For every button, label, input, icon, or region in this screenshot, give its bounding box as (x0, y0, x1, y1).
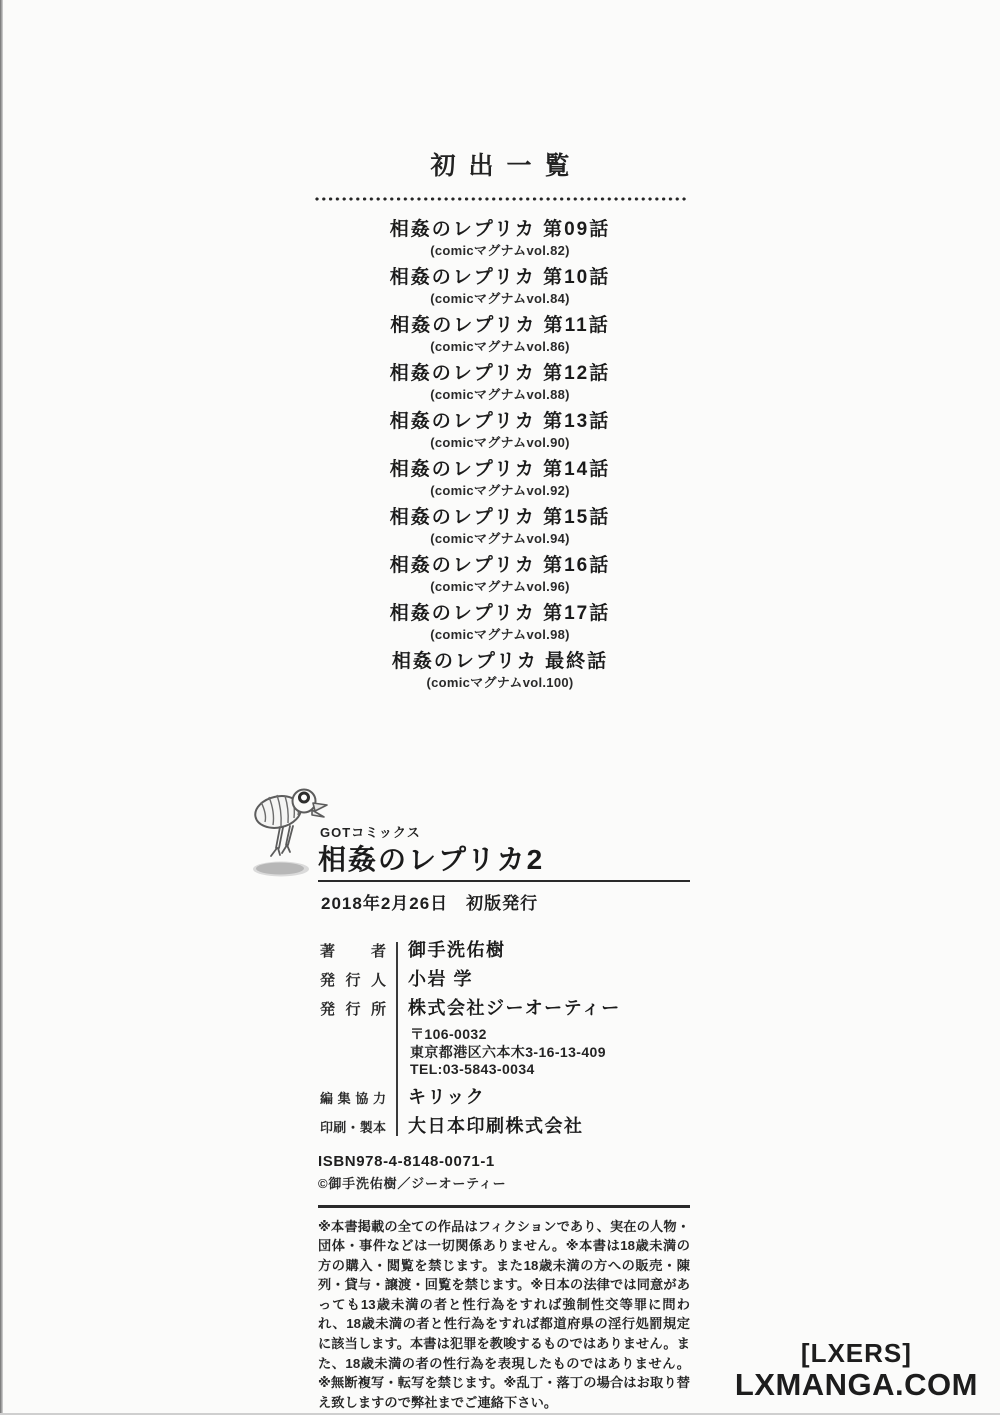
page-title: 初出一覧 (0, 146, 1000, 182)
list-item: 相姦のレプリカ 第09話 (comicマグナムvol.82) (0, 218, 1000, 261)
first-publication-list: 初出一覧 相姦のレプリカ 第09話 (comicマグナムvol.82) 相姦のレ… (0, 146, 1000, 698)
publisher-address: 〒106-0032 東京都港区六本木3-16-13-409 TEL:03-584… (410, 1026, 690, 1079)
postal-code: 〒106-0032 (410, 1026, 690, 1044)
chapter-source: (comicマグナムvol.92) (0, 482, 1000, 499)
credit-label: 著者 (320, 940, 386, 963)
chapter-list: 相姦のレプリカ 第09話 (comicマグナムvol.82) 相姦のレプリカ 第… (0, 218, 1000, 693)
dotted-divider (314, 197, 686, 201)
list-item: 相姦のレプリカ 第14話 (comicマグナムvol.92) (0, 458, 1000, 501)
edition-date: 2018年2月26日 初版発行 (321, 889, 690, 914)
chapter-title: 相姦のレプリカ 第15話 (0, 506, 1000, 529)
list-item: 相姦のレプリカ 第11話 (comicマグナムvol.86) (0, 314, 1000, 357)
chapter-title: 相姦のレプリカ 第14話 (0, 458, 1000, 481)
chapter-source: (comicマグナムvol.96) (0, 578, 1000, 595)
chapter-title: 相姦のレプリカ 第13話 (0, 410, 1000, 433)
scanned-colophon-page: 初出一覧 相姦のレプリカ 第09話 (comicマグナムvol.82) 相姦のレ… (0, 0, 1000, 1415)
credit-value: 大日本印刷株式会社 (408, 1115, 584, 1138)
credit-value: 御手洗佑樹 (408, 939, 506, 962)
book-title: 相姦のレプリカ2 (318, 843, 690, 876)
phone-number: TEL:03-5843-0034 (410, 1061, 690, 1079)
chapter-title: 相姦のレプリカ 第16話 (0, 554, 1000, 577)
credit-value: 小岩 学 (408, 968, 473, 991)
copyright: ©御手洗佑樹／ジーオーティー (318, 1173, 690, 1192)
chapter-source: (comicマグナムvol.88) (0, 386, 1000, 403)
disclaimer-divider (318, 1205, 690, 1208)
imprint-label: GOTコミックス (320, 782, 690, 841)
bird-doodle-icon (248, 784, 346, 880)
credit-value: キリック (408, 1086, 485, 1109)
credit-row-printing: 印刷・製本 大日本印刷株式会社 (320, 1115, 690, 1139)
list-item: 相姦のレプリカ 第13話 (comicマグナムvol.90) (0, 410, 1000, 453)
legal-disclaimer: ※本書掲載の全ての作品はフィクションであり、実在の人物・団体・事件などは一切関係… (318, 1217, 690, 1413)
isbn: ISBN978-4-8148-0071-1 (318, 1153, 690, 1170)
credit-row-publisher-company: 発行所 株式会社ジーオーティー (320, 997, 690, 1021)
chapter-source: (comicマグナムvol.100) (0, 674, 1000, 691)
chapter-source: (comicマグナムvol.94) (0, 530, 1000, 547)
chapter-title: 相姦のレプリカ 第10話 (0, 266, 1000, 289)
title-underline (318, 880, 690, 882)
list-item: 相姦のレプリカ 第10話 (comicマグナムvol.84) (0, 266, 1000, 309)
watermark-tag: [LXERS] (735, 1339, 978, 1368)
list-item: 相姦のレプリカ 第17話 (comicマグナムvol.98) (0, 602, 1000, 645)
chapter-title: 相姦のレプリカ 第09話 (0, 218, 1000, 241)
chapter-title: 相姦のレプリカ 第12話 (0, 362, 1000, 385)
site-watermark: [LXERS] LXMANGA.COM (735, 1339, 978, 1401)
credit-row-publisher-person: 発行人 小岩 学 (320, 968, 690, 992)
chapter-source: (comicマグナムvol.82) (0, 242, 1000, 259)
credit-label: 印刷・製本 (320, 1116, 386, 1139)
chapter-title: 相姦のレプリカ 第17話 (0, 602, 1000, 625)
street-address: 東京都港区六本木3-16-13-409 (410, 1044, 690, 1062)
chapter-source: (comicマグナムvol.98) (0, 626, 1000, 643)
list-item: 相姦のレプリカ 最終話 (comicマグナムvol.100) (0, 650, 1000, 693)
list-item: 相姦のレプリカ 第15話 (comicマグナムvol.94) (0, 506, 1000, 549)
credit-row-editing: 編集協力 キリック (320, 1086, 690, 1110)
credit-value: 株式会社ジーオーティー (408, 997, 621, 1020)
chapter-title: 相姦のレプリカ 最終話 (0, 650, 1000, 673)
chapter-source: (comicマグナムvol.84) (0, 290, 1000, 307)
chapter-title: 相姦のレプリカ 第11話 (0, 314, 1000, 337)
list-item: 相姦のレプリカ 第12話 (comicマグナムvol.88) (0, 362, 1000, 405)
credit-label: 発行人 (320, 969, 386, 992)
credit-label: 編集協力 (320, 1087, 386, 1110)
chapter-source: (comicマグナムvol.90) (0, 434, 1000, 451)
credits-table: 著者 御手洗佑樹 発行人 小岩 学 発行所 株式会社ジーオーティー 〒106-0… (320, 939, 690, 1139)
list-item: 相姦のレプリカ 第16話 (comicマグナムvol.96) (0, 554, 1000, 597)
colophon: GOTコミックス 相姦のレプリカ2 2018年2月26日 初版発行 著者 御手洗… (318, 782, 690, 1412)
watermark-domain: LXMANGA.COM (735, 1368, 978, 1401)
credits-divider (396, 942, 398, 1136)
credit-label: 発行所 (320, 998, 386, 1021)
credit-row-author: 著者 御手洗佑樹 (320, 939, 690, 963)
chapter-source: (comicマグナムvol.86) (0, 338, 1000, 355)
